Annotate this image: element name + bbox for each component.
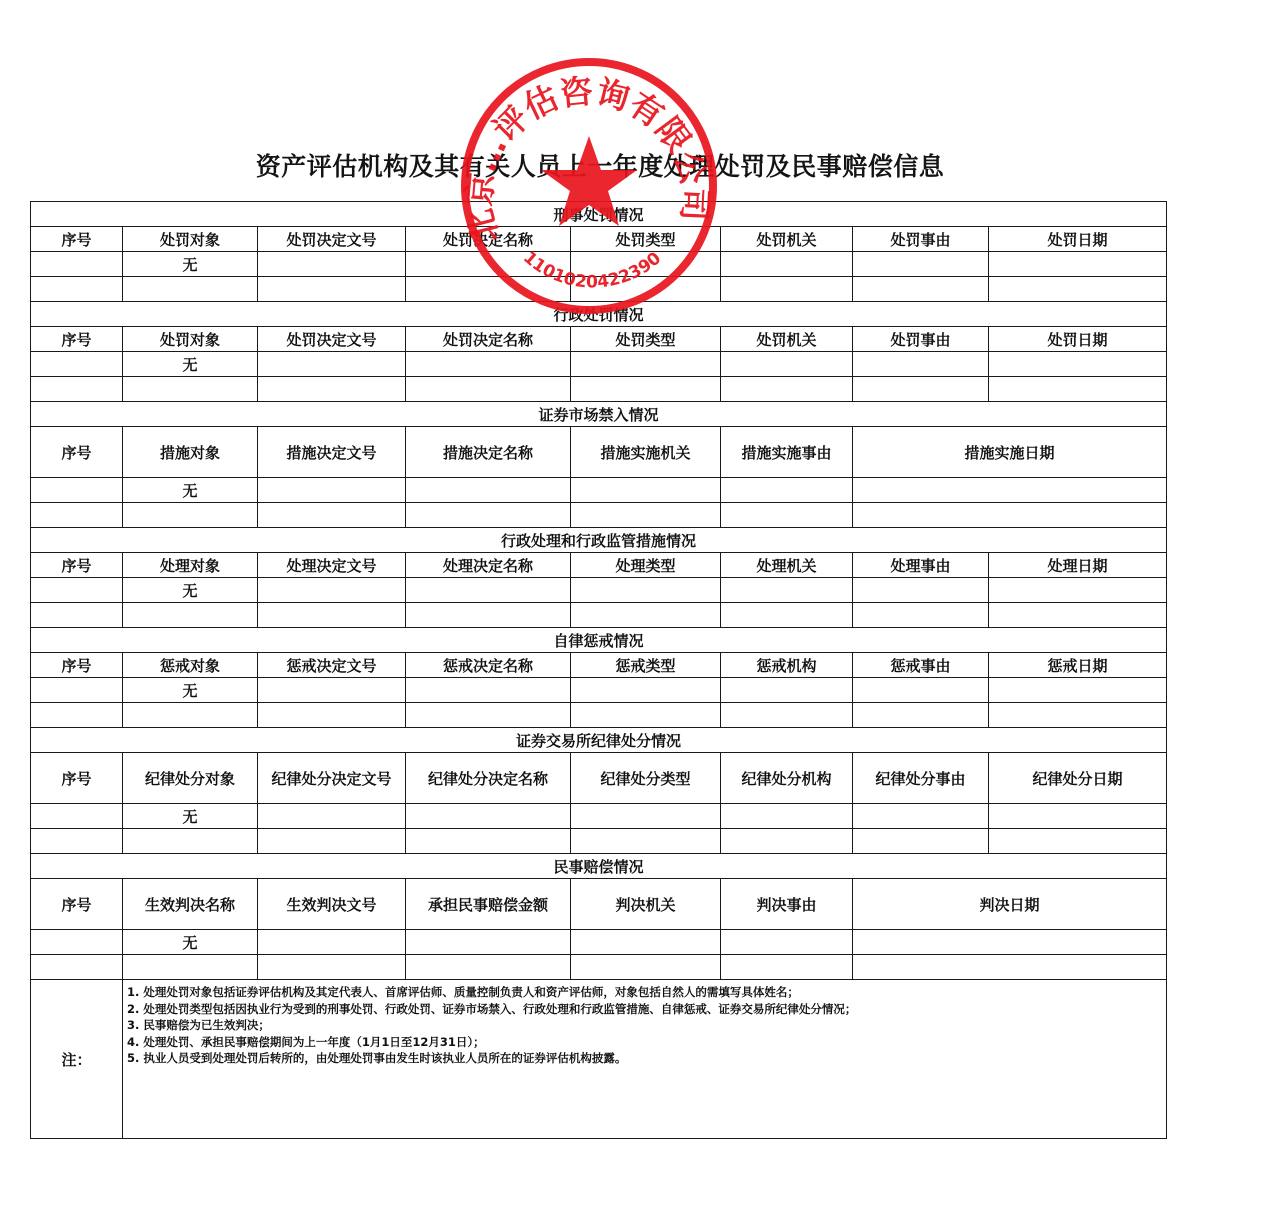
table-cell: [123, 277, 258, 302]
table-cell: [406, 277, 571, 302]
table-cell: [31, 603, 123, 628]
section-title-row: 刑事处罚情况: [31, 202, 1167, 227]
column-header: 判决日期: [853, 879, 1167, 930]
table-cell: [571, 578, 721, 603]
table-row: [31, 377, 1167, 402]
table-cell: [31, 804, 123, 829]
column-header: 处罚机关: [721, 227, 853, 252]
section-title: 刑事处罚情况: [31, 202, 1167, 227]
column-header: 处理日期: [989, 553, 1167, 578]
table-cell: [853, 277, 989, 302]
column-header: 序号: [31, 227, 123, 252]
table-cell: [571, 252, 721, 277]
table-cell: [406, 829, 571, 854]
table-row: 无: [31, 804, 1167, 829]
column-header: 序号: [31, 753, 123, 804]
column-header: 处罚决定文号: [258, 327, 406, 352]
table-row: [31, 603, 1167, 628]
table-cell: [406, 377, 571, 402]
table-cell: 无: [123, 804, 258, 829]
section-title-row: 证券交易所纪律处分情况: [31, 728, 1167, 753]
table-cell: [258, 578, 406, 603]
table-cell: [853, 955, 1167, 980]
table-cell: [989, 829, 1167, 854]
column-header: 处罚对象: [123, 327, 258, 352]
column-header: 纪律处分日期: [989, 753, 1167, 804]
column-header: 措施决定文号: [258, 427, 406, 478]
column-header: 纪律处分机构: [721, 753, 853, 804]
column-header-row: 序号生效判决名称生效判决文号承担民事赔偿金额判决机关判决事由判决日期: [31, 879, 1167, 930]
column-header-row: 序号惩戒对象惩戒决定文号惩戒决定名称惩戒类型惩戒机构惩戒事由惩戒日期: [31, 653, 1167, 678]
column-header-row: 序号处罚对象处罚决定文号处罚决定名称处罚类型处罚机关处罚事由处罚日期: [31, 327, 1167, 352]
table-cell: [258, 829, 406, 854]
table-row: [31, 955, 1167, 980]
column-header: 措施实施机关: [571, 427, 721, 478]
table-cell: [853, 377, 989, 402]
section-title: 行政处理和行政监管措施情况: [31, 528, 1167, 553]
table-cell: 无: [123, 252, 258, 277]
column-header: 生效判决文号: [258, 879, 406, 930]
column-header: 处罚决定名称: [406, 227, 571, 252]
table-cell: [258, 478, 406, 503]
column-header: 序号: [31, 553, 123, 578]
column-header: 惩戒日期: [989, 653, 1167, 678]
column-header: 惩戒决定名称: [406, 653, 571, 678]
table-cell: [123, 955, 258, 980]
table-cell: [853, 503, 1167, 528]
table-row: [31, 503, 1167, 528]
table-cell: [31, 478, 123, 503]
column-header: 措施决定名称: [406, 427, 571, 478]
document-title: 资产评估机构及其有关人员上一年度处理处罚及民事赔偿信息: [0, 147, 1200, 183]
column-header: 序号: [31, 879, 123, 930]
table-row: 无: [31, 578, 1167, 603]
column-header: 措施实施事由: [721, 427, 853, 478]
column-header: 纪律处分事由: [853, 753, 989, 804]
table-row: 无: [31, 252, 1167, 277]
note-item: 1. 处理处罚对象包括证券评估机构及其定代表人、首席评估师、质量控制负责人和资产…: [127, 984, 1162, 1001]
column-header: 承担民事赔偿金额: [406, 879, 571, 930]
table-cell: [406, 352, 571, 377]
column-header: 措施实施日期: [853, 427, 1167, 478]
table-cell: [571, 277, 721, 302]
table-cell: [853, 352, 989, 377]
table-cell: [258, 930, 406, 955]
section-title-row: 民事赔偿情况: [31, 854, 1167, 879]
column-header: 处罚类型: [571, 227, 721, 252]
table-row: 无: [31, 678, 1167, 703]
table-cell: [721, 603, 853, 628]
table-cell: [853, 252, 989, 277]
table-cell: [258, 603, 406, 628]
table-cell: 无: [123, 578, 258, 603]
table-cell: [853, 603, 989, 628]
table-cell: [721, 829, 853, 854]
table-cell: [258, 678, 406, 703]
table-cell: [571, 955, 721, 980]
table-cell: [571, 478, 721, 503]
table-cell: [571, 804, 721, 829]
table-cell: [31, 578, 123, 603]
table-cell: [989, 578, 1167, 603]
table-cell: [31, 829, 123, 854]
notes-body: 1. 处理处罚对象包括证券评估机构及其定代表人、首席评估师、质量控制负责人和资产…: [123, 980, 1167, 1139]
table-cell: [406, 478, 571, 503]
column-header: 生效判决名称: [123, 879, 258, 930]
column-header: 纪律处分对象: [123, 753, 258, 804]
table-cell: [258, 252, 406, 277]
table-cell: 无: [123, 678, 258, 703]
table-cell: [31, 930, 123, 955]
table-row: [31, 703, 1167, 728]
column-header: 处理事由: [853, 553, 989, 578]
column-header: 处罚对象: [123, 227, 258, 252]
note-item: 4. 处理处罚、承担民事赔偿期间为上一年度（1月1日至12月31日）；: [127, 1034, 1162, 1051]
column-header: 序号: [31, 427, 123, 478]
table-cell: [258, 277, 406, 302]
table-cell: [989, 804, 1167, 829]
column-header: 处罚事由: [853, 227, 989, 252]
note-item: 3. 民事赔偿为已生效判决；: [127, 1017, 1162, 1034]
table-row: [31, 829, 1167, 854]
table-cell: [989, 352, 1167, 377]
table-cell: [31, 352, 123, 377]
column-header: 处罚决定名称: [406, 327, 571, 352]
table-cell: [571, 678, 721, 703]
table-cell: 无: [123, 352, 258, 377]
table-cell: [571, 703, 721, 728]
table-cell: [989, 277, 1167, 302]
section-title-row: 行政处罚情况: [31, 302, 1167, 327]
table-cell: [721, 578, 853, 603]
column-header: 处理决定名称: [406, 553, 571, 578]
table-cell: [31, 955, 123, 980]
column-header: 判决事由: [721, 879, 853, 930]
section-title: 证券市场禁入情况: [31, 402, 1167, 427]
table-cell: [571, 352, 721, 377]
table-cell: [721, 478, 853, 503]
table-cell: 无: [123, 930, 258, 955]
column-header: 纪律处分决定名称: [406, 753, 571, 804]
table-cell: [406, 804, 571, 829]
column-header: 序号: [31, 327, 123, 352]
column-header: 判决机关: [571, 879, 721, 930]
column-header: 纪律处分类型: [571, 753, 721, 804]
table-cell: [258, 377, 406, 402]
disclosure-form-table: 刑事处罚情况序号处罚对象处罚决定文号处罚决定名称处罚类型处罚机关处罚事由处罚日期…: [30, 201, 1167, 1139]
table-cell: [258, 703, 406, 728]
column-header: 处罚决定文号: [258, 227, 406, 252]
table-cell: [571, 930, 721, 955]
column-header: 惩戒事由: [853, 653, 989, 678]
table-cell: [258, 503, 406, 528]
table-cell: [721, 703, 853, 728]
table-cell: [406, 930, 571, 955]
column-header-row: 序号处罚对象处罚决定文号处罚决定名称处罚类型处罚机关处罚事由处罚日期: [31, 227, 1167, 252]
table-cell: [123, 603, 258, 628]
table-row: 无: [31, 352, 1167, 377]
table-cell: [853, 478, 1167, 503]
table-cell: [853, 930, 1167, 955]
table-row: 无: [31, 478, 1167, 503]
table-cell: [571, 503, 721, 528]
column-header: 惩戒决定文号: [258, 653, 406, 678]
table-cell: [721, 804, 853, 829]
table-cell: [989, 252, 1167, 277]
table-cell: [989, 603, 1167, 628]
column-header: 序号: [31, 653, 123, 678]
table-cell: [721, 678, 853, 703]
column-header: 惩戒类型: [571, 653, 721, 678]
column-header: 处罚日期: [989, 327, 1167, 352]
section-title-row: 行政处理和行政监管措施情况: [31, 528, 1167, 553]
table-cell: [123, 703, 258, 728]
section-title-row: 证券市场禁入情况: [31, 402, 1167, 427]
table-cell: [258, 804, 406, 829]
table-cell: [31, 252, 123, 277]
table-cell: [721, 277, 853, 302]
table-cell: [406, 603, 571, 628]
table-row: [31, 277, 1167, 302]
column-header: 惩戒机构: [721, 653, 853, 678]
column-header: 处理机关: [721, 553, 853, 578]
table-cell: [853, 829, 989, 854]
column-header: 处理对象: [123, 553, 258, 578]
table-cell: [853, 804, 989, 829]
table-cell: [31, 377, 123, 402]
table-cell: [853, 578, 989, 603]
column-header: 处理决定文号: [258, 553, 406, 578]
table-cell: [406, 252, 571, 277]
note-item: 5. 执业人员受到处理处罚后转所的，由处理处罚事由发生时该执业人员所在的证券评估…: [127, 1050, 1162, 1067]
table-cell: [721, 252, 853, 277]
column-header: 处理类型: [571, 553, 721, 578]
table-cell: [123, 377, 258, 402]
table-cell: [258, 352, 406, 377]
table-cell: [721, 955, 853, 980]
section-title: 行政处罚情况: [31, 302, 1167, 327]
column-header: 措施对象: [123, 427, 258, 478]
table-cell: [571, 603, 721, 628]
table-cell: [406, 703, 571, 728]
column-header: 纪律处分决定文号: [258, 753, 406, 804]
section-title: 自律惩戒情况: [31, 628, 1167, 653]
table-cell: [406, 578, 571, 603]
table-cell: [721, 503, 853, 528]
section-title: 证券交易所纪律处分情况: [31, 728, 1167, 753]
table-cell: [853, 678, 989, 703]
note-item: 2. 处理处罚类型包括因执业行为受到的刑事处罚、行政处罚、证券市场禁入、行政处理…: [127, 1001, 1162, 1018]
table-cell: [989, 703, 1167, 728]
notes-label: 注：: [31, 980, 123, 1139]
column-header: 处罚类型: [571, 327, 721, 352]
column-header: 处罚事由: [853, 327, 989, 352]
table-cell: [31, 703, 123, 728]
column-header-row: 序号措施对象措施决定文号措施决定名称措施实施机关措施实施事由措施实施日期: [31, 427, 1167, 478]
column-header-row: 序号处理对象处理决定文号处理决定名称处理类型处理机关处理事由处理日期: [31, 553, 1167, 578]
table-cell: [721, 377, 853, 402]
table-cell: [406, 678, 571, 703]
column-header: 处罚日期: [989, 227, 1167, 252]
table-cell: [31, 503, 123, 528]
table-cell: [31, 678, 123, 703]
table-cell: [123, 829, 258, 854]
section-title: 民事赔偿情况: [31, 854, 1167, 879]
table-cell: [406, 955, 571, 980]
table-cell: [571, 829, 721, 854]
table-cell: [989, 678, 1167, 703]
table-cell: [571, 377, 721, 402]
column-header: 惩戒对象: [123, 653, 258, 678]
table-row: 无: [31, 930, 1167, 955]
section-title-row: 自律惩戒情况: [31, 628, 1167, 653]
column-header: 处罚机关: [721, 327, 853, 352]
table-cell: [853, 703, 989, 728]
table-cell: [721, 352, 853, 377]
table-cell: [989, 377, 1167, 402]
table-cell: 无: [123, 478, 258, 503]
column-header-row: 序号纪律处分对象纪律处分决定文号纪律处分决定名称纪律处分类型纪律处分机构纪律处分…: [31, 753, 1167, 804]
table-cell: [31, 277, 123, 302]
table-cell: [258, 955, 406, 980]
notes-row: 注： 1. 处理处罚对象包括证券评估机构及其定代表人、首席评估师、质量控制负责人…: [31, 980, 1167, 1139]
table-cell: [123, 503, 258, 528]
table-cell: [721, 930, 853, 955]
table-cell: [406, 503, 571, 528]
